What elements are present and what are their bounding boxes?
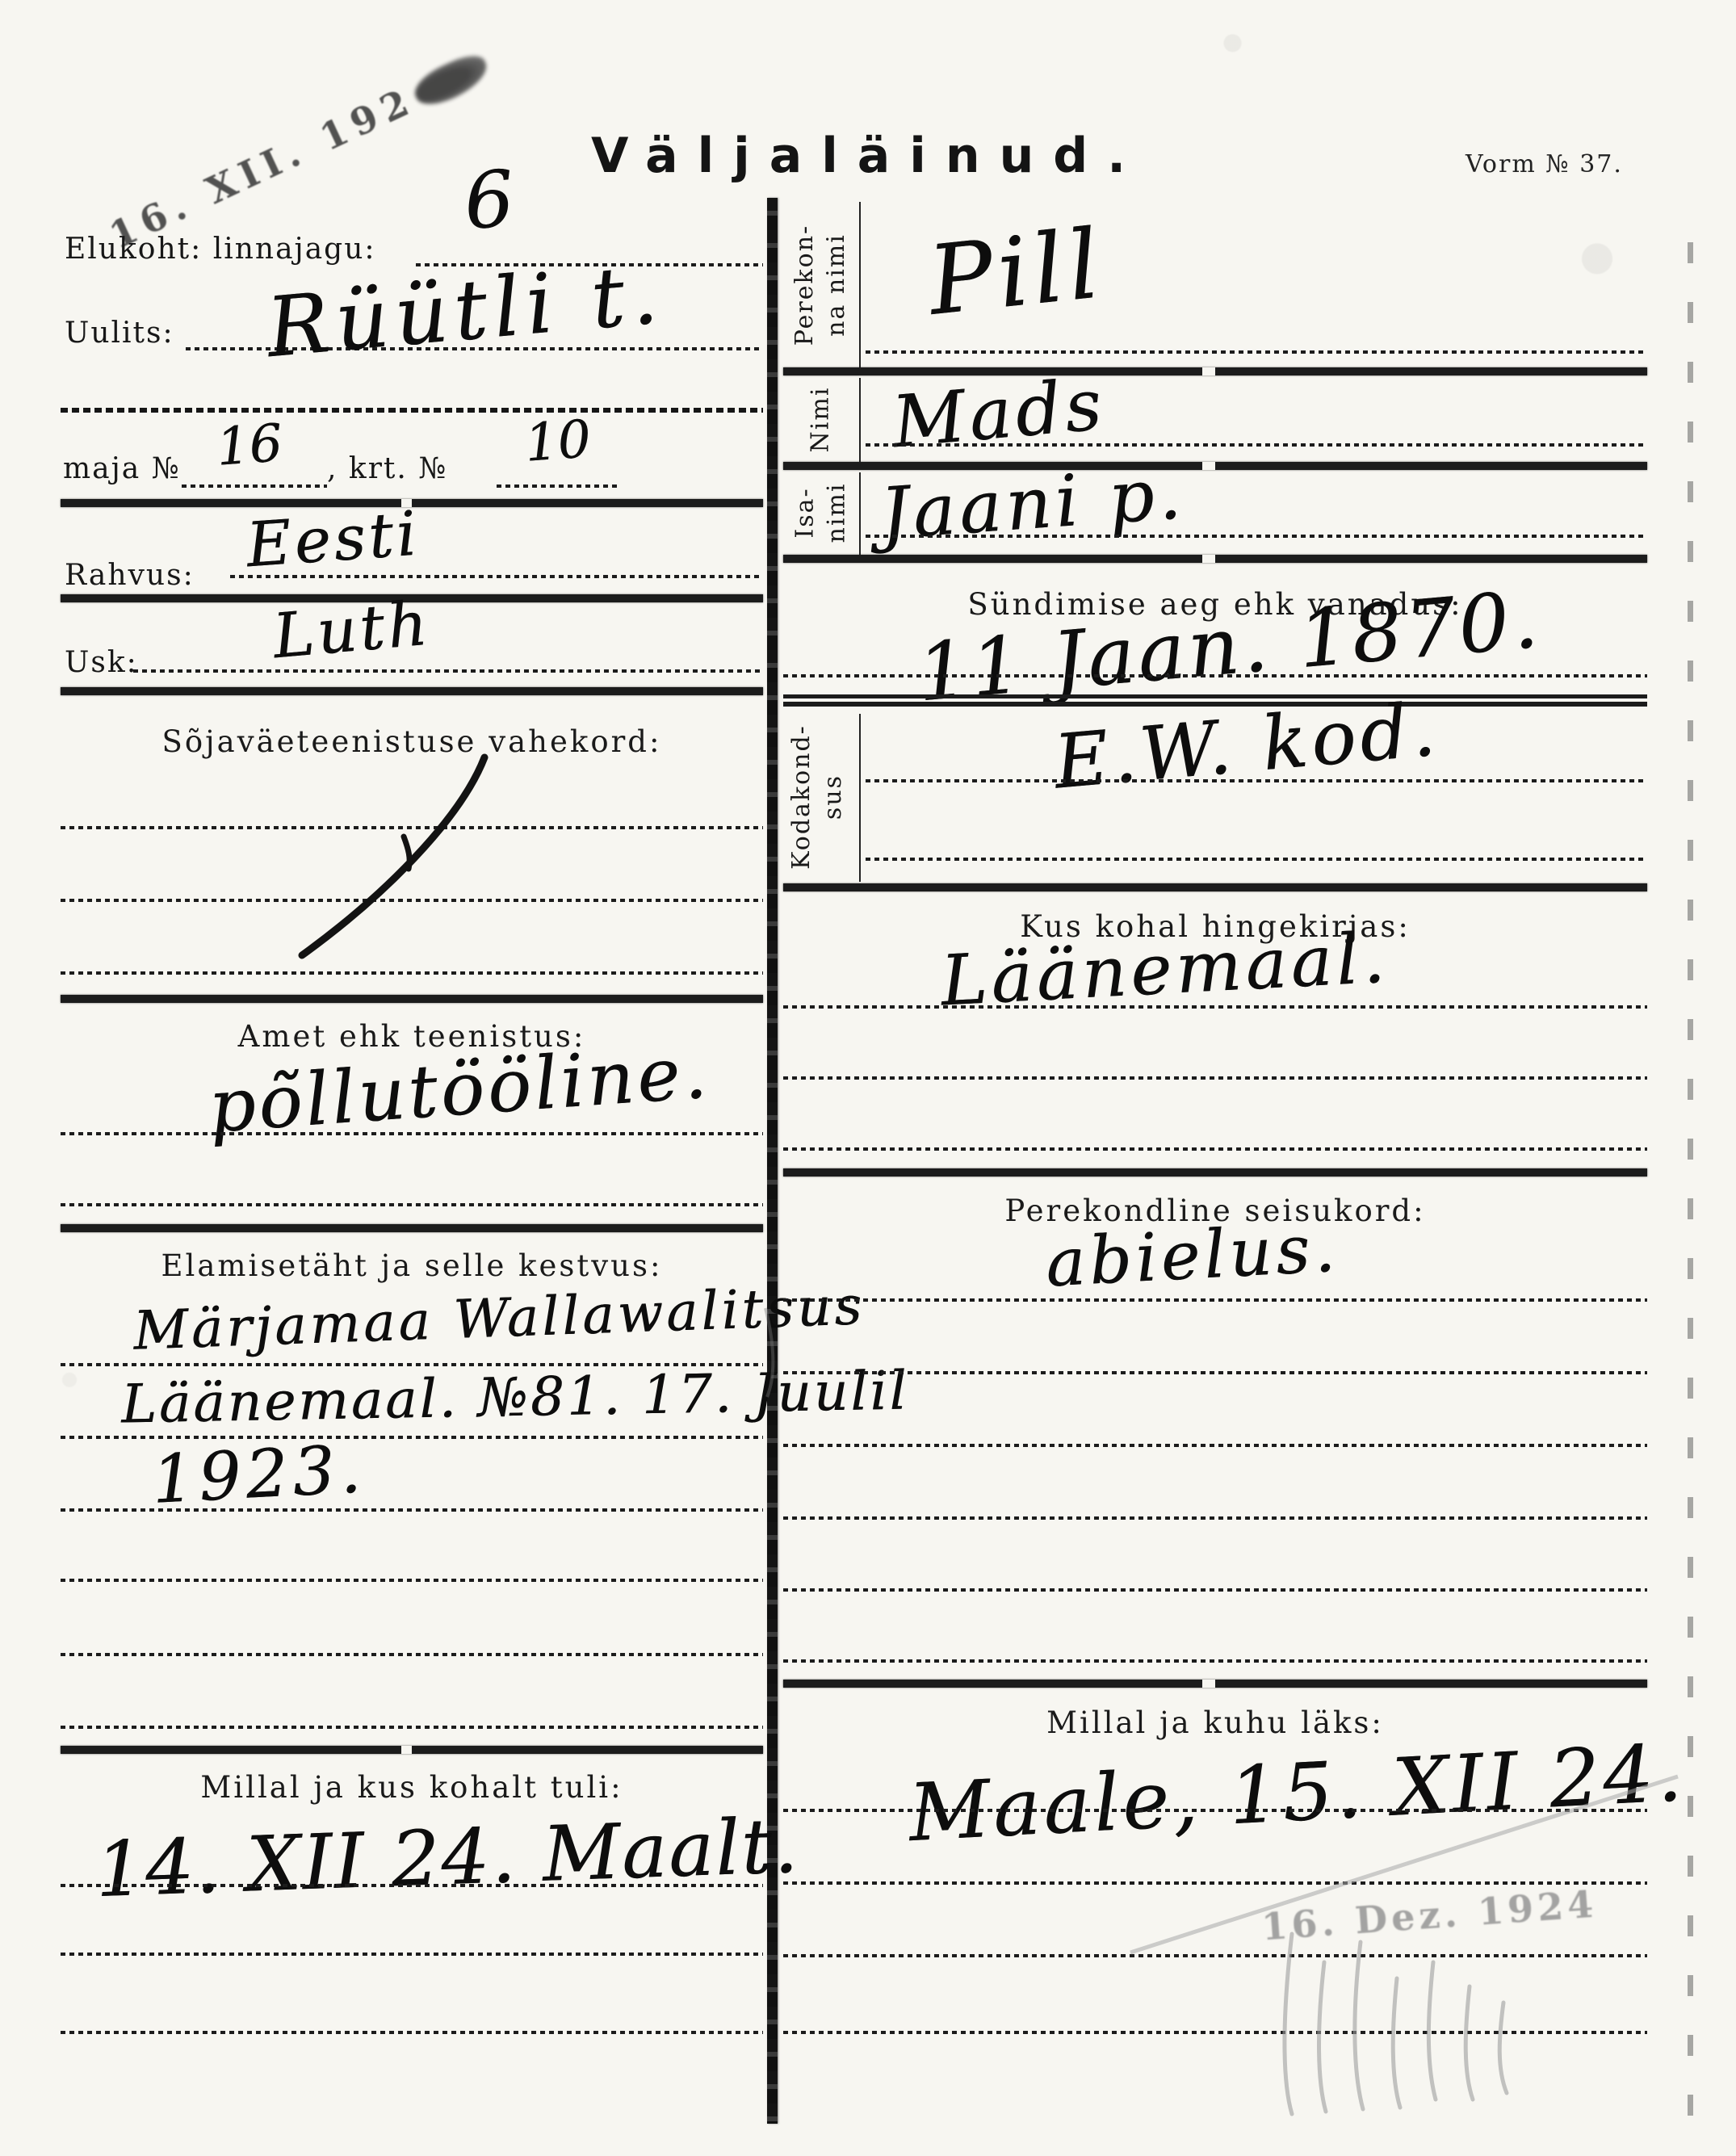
perekonnanimi-dotted-line	[866, 350, 1645, 354]
perekonnanimi-label-line2: na nimi	[820, 224, 852, 345]
sojavae-dotted-line-3	[61, 971, 763, 975]
separator-rule	[783, 555, 1647, 563]
nimi-label-text: Nimi	[804, 386, 836, 452]
separator-rule	[783, 1168, 1647, 1177]
amet-dotted-line-1	[61, 1132, 763, 1135]
krt-dotted-line	[497, 484, 618, 488]
separator-rule	[783, 883, 1647, 891]
elamisetaht-dotted-line-6	[61, 1726, 763, 1729]
separator-rule	[61, 1746, 763, 1754]
sojavae-header: Sõjaväeteenistuse vahekord:	[61, 724, 763, 759]
kodakondsus-dotted-line-2	[866, 858, 1645, 861]
maja-value-handwriting: 16	[215, 417, 284, 474]
isanimi-label-line1: Isa-	[789, 483, 820, 543]
krt-label: , krt. №	[327, 452, 447, 485]
separator-rule	[783, 462, 1647, 470]
amet-dotted-line-2	[61, 1203, 763, 1206]
perekonnanimi-label: Perekon- na nimi	[780, 202, 861, 367]
kodakondsus-label: Kodakond- sus	[775, 714, 859, 880]
elamisetaht-dotted-line-5	[61, 1653, 763, 1656]
seisukord-dotted-line-3	[783, 1444, 1647, 1447]
elamisetaht-dotted-line-2	[61, 1436, 763, 1439]
registration-card: 16. XII. 192 Väljaläinud. Vorm № 37. Elu…	[0, 0, 1736, 2156]
nimi-dotted-line	[866, 443, 1645, 447]
uulits-label: Uulits:	[65, 317, 174, 350]
tuli-header: Millal ja kus kohalt tuli:	[61, 1770, 763, 1805]
usk-value-handwriting: Luth	[270, 593, 433, 668]
departure-date-stamp: 16. Dez. 1924	[1260, 1882, 1599, 1949]
separator-rule	[61, 995, 763, 1003]
uulits-value-handwriting: Rüütli t.	[263, 254, 666, 371]
seisukord-dotted-line-5	[783, 1588, 1647, 1592]
hingekirjas-dotted-line-1	[783, 1005, 1647, 1009]
seisukord-dotted-line-2	[783, 1371, 1647, 1374]
stamp-smudge-blob	[409, 49, 493, 113]
pencil-signature	[1285, 1934, 1507, 2114]
usk-dotted-line	[133, 669, 763, 673]
isanimi-label-line2: nimi	[820, 483, 852, 543]
maja-dotted-line	[182, 484, 327, 488]
hingekirjas-dotted-line-2	[783, 1076, 1647, 1080]
form-number: Vorm № 37.	[1466, 150, 1623, 178]
laks-dotted-line-4	[783, 2031, 1647, 2034]
tuli-dotted-line-1	[61, 1884, 763, 1887]
isanimi-label: Isa- nimi	[780, 472, 861, 553]
separator-rule	[783, 1680, 1647, 1688]
elamisetaht-line3-handwriting: 1923.	[150, 1437, 367, 1514]
elamisetaht-line1-handwriting: Märjamaa Wallawalitsus	[132, 1279, 866, 1358]
kodakondsus-label-line1: Kodakond-	[786, 724, 817, 870]
elamisetaht-dotted-line-3	[61, 1508, 763, 1512]
maja-label: maja №	[63, 452, 181, 485]
seisukord-dotted-line-4	[783, 1516, 1647, 1520]
tuli-dotted-line-3	[61, 2031, 763, 2034]
sojavae-slash-mark	[302, 757, 484, 955]
tuli-dotted-line-2	[61, 1953, 763, 1956]
rahvus-label: Rahvus:	[65, 559, 195, 592]
isanimi-dotted-line	[866, 535, 1645, 538]
kodakondsus-cell-rule	[859, 714, 861, 882]
kodakondsus-dotted-line-1	[866, 779, 1645, 782]
perekonnanimi-value-handwriting: Pill	[924, 216, 1108, 329]
perekonnanimi-label-line1: Perekon-	[789, 224, 820, 345]
sojavae-dotted-line-2	[61, 899, 763, 902]
seisukord-dotted-line-6	[783, 1659, 1647, 1663]
laks-dotted-line-2	[783, 1881, 1647, 1885]
rahvus-dotted-line	[230, 575, 763, 578]
kodakondsus-value-handwriting: E.W. kod.	[1051, 692, 1442, 799]
elukoht-label: Elukoht: linnajagu:	[65, 233, 376, 266]
tuli-value-handwriting: 14. XII 24. Maalt.	[94, 1809, 801, 1909]
laks-value-handwriting: Maale, 15. XII 24.	[907, 1734, 1687, 1853]
usk-label: Usk:	[65, 646, 138, 679]
hingekirjas-dotted-line-3	[783, 1147, 1647, 1151]
laks-dotted-line-3	[783, 1954, 1647, 1957]
laks-dotted-line-1	[783, 1809, 1647, 1812]
seisukord-dotted-line-1	[783, 1298, 1647, 1302]
sundimine-dotted-line	[783, 674, 1647, 677]
sojavae-tick-mark	[404, 837, 409, 869]
elamisetaht-dotted-line-4	[61, 1579, 763, 1582]
elamisetaht-header: Elamisetäht ja selle kestvus:	[61, 1248, 763, 1283]
separator-rule	[61, 687, 763, 695]
separator-rule	[61, 1224, 763, 1232]
uulits-second-dotted-line	[61, 408, 763, 413]
separator-rule	[783, 367, 1647, 375]
scan-edge-noise	[1688, 242, 1693, 2116]
kodakondsus-label-line2: sus	[817, 724, 849, 870]
krt-value-handwriting: 10	[523, 413, 593, 470]
hingekirjas-value-handwriting: Läänemaal.	[939, 924, 1390, 1017]
nimi-label: Nimi	[780, 378, 861, 460]
sojavae-dotted-line-1	[61, 826, 763, 829]
rahvus-value-handwriting: Eesti	[245, 503, 421, 577]
seisukord-value-handwriting: abielus.	[1044, 1216, 1340, 1298]
elukoht-value-handwriting: 6	[462, 160, 517, 241]
